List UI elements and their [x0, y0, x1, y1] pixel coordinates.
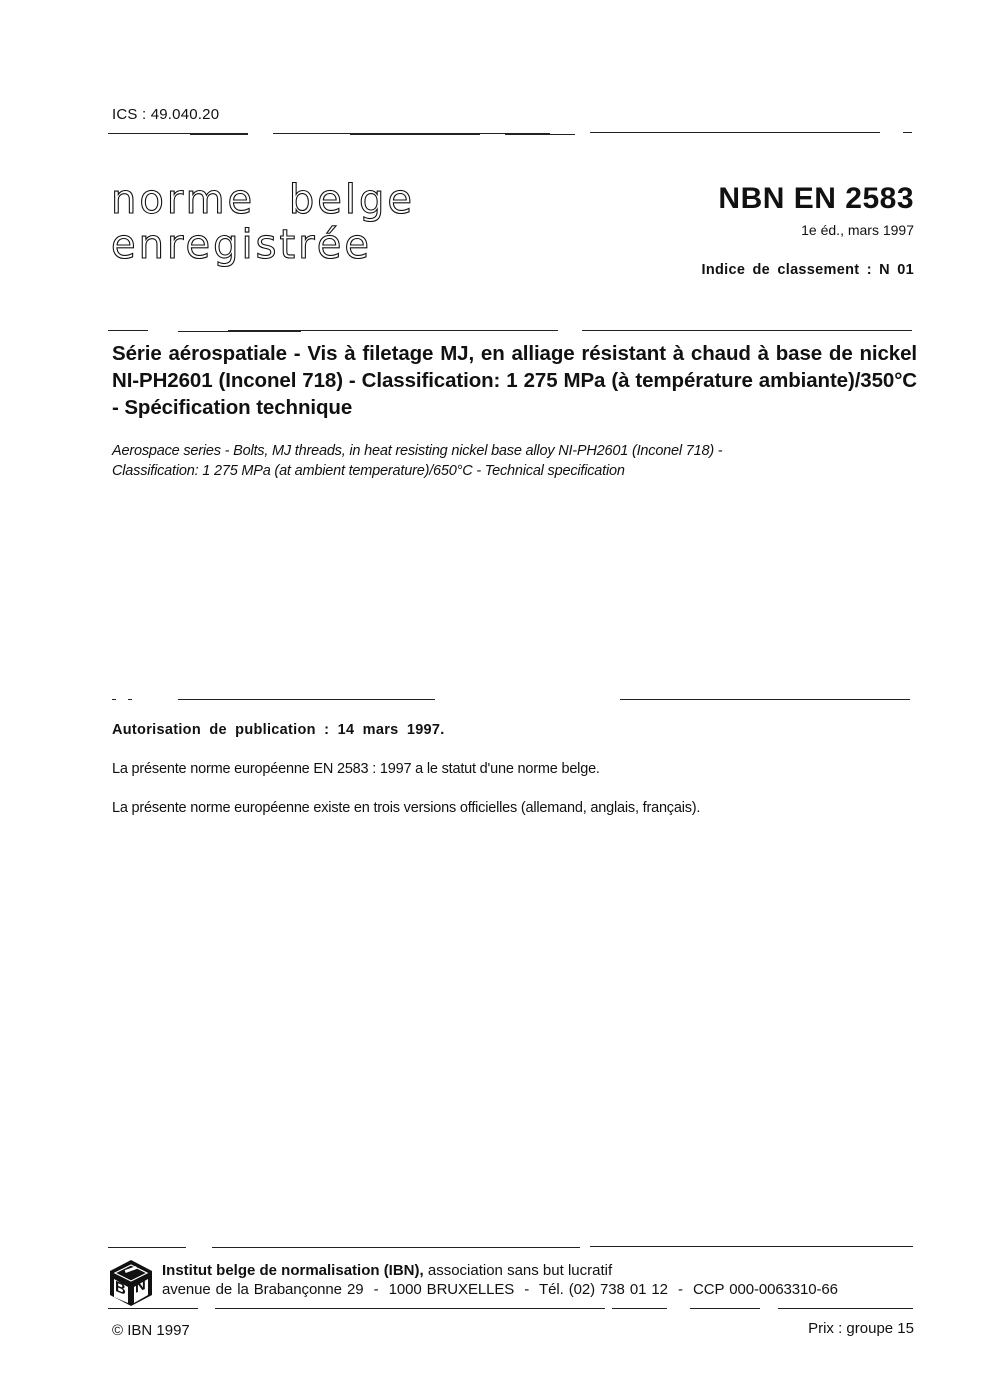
english-title-line1: Aerospace series - Bolts, MJ threads, in… — [112, 441, 912, 461]
divider — [350, 134, 480, 135]
divider — [903, 132, 912, 133]
divider — [112, 699, 116, 700]
divider — [620, 699, 910, 700]
institute-address: avenue de la Brabançonne 29 - 1000 BRUXE… — [162, 1281, 838, 1298]
english-title-line2: Classification: 1 275 MPa (at ambient te… — [112, 461, 912, 481]
divider — [505, 134, 575, 135]
price-group: Prix : groupe 15 — [808, 1320, 914, 1337]
divider — [260, 699, 405, 700]
french-title: Série aérospatiale - Vis à filetage MJ, … — [112, 340, 917, 421]
divider — [405, 699, 428, 700]
divider — [128, 699, 132, 700]
versions-paragraph: La présente norme européenne existe en t… — [112, 800, 700, 816]
divider — [178, 331, 301, 332]
outline-title-line2: enregistrée — [111, 225, 372, 265]
divider — [275, 1247, 580, 1248]
outline-title-line1: norme belge — [111, 180, 415, 220]
divider — [690, 1308, 760, 1309]
divider — [190, 134, 248, 135]
edition-date: 1e éd., mars 1997 — [801, 222, 914, 238]
status-paragraph: La présente norme européenne EN 2583 : 1… — [112, 761, 600, 777]
divider — [108, 1308, 198, 1309]
divider — [582, 330, 912, 331]
divider — [428, 699, 435, 700]
divider — [612, 1308, 667, 1309]
divider — [108, 1247, 186, 1248]
divider — [590, 1246, 913, 1247]
publication-authorization: Autorisation de publication : 14 mars 19… — [112, 722, 445, 738]
classification-index: Indice de classement : N 01 — [702, 262, 915, 278]
ibn-logo-icon: B N — [108, 1259, 154, 1307]
institute-name: Institut belge de normalisation (IBN), — [162, 1262, 424, 1279]
copyright: © IBN 1997 — [112, 1322, 190, 1339]
divider — [228, 330, 558, 331]
institute-description: association sans but lucratif — [424, 1262, 612, 1279]
divider — [590, 132, 880, 133]
english-title: Aerospace series - Bolts, MJ threads, in… — [112, 441, 912, 481]
standard-number: NBN EN 2583 — [718, 182, 914, 216]
ics-code: ICS : 49.040.20 — [112, 106, 219, 123]
divider — [778, 1308, 913, 1309]
institute-line: Institut belge de normalisation (IBN), a… — [162, 1262, 612, 1279]
divider — [108, 330, 148, 331]
divider — [215, 1308, 605, 1309]
